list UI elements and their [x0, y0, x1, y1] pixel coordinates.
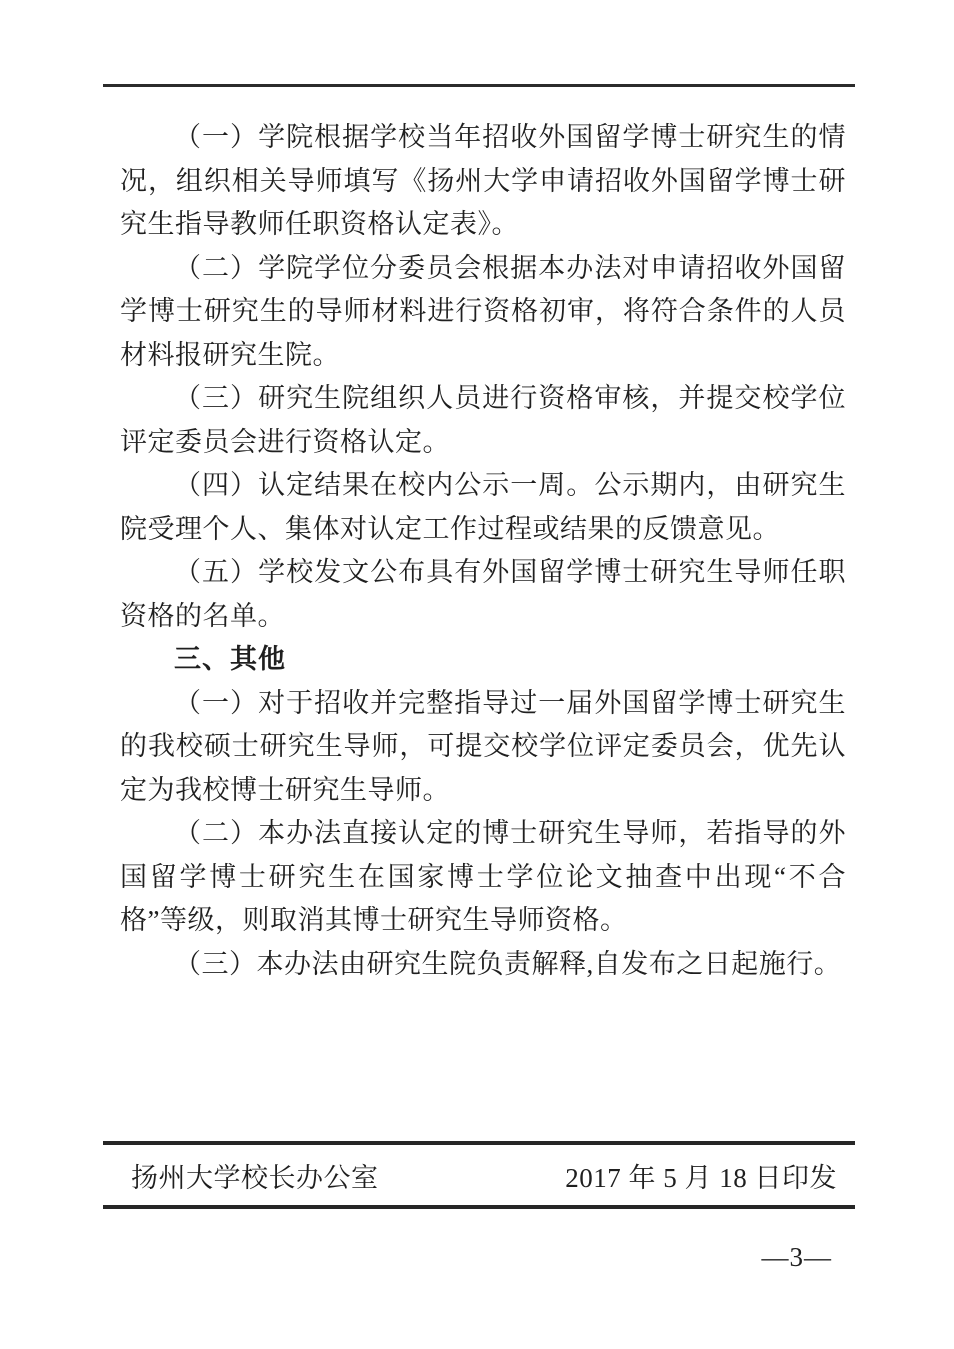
document-page: （一）学院根据学校当年招收外国留学博士研究生的情况，组织相关导师填写《扬州大学申… — [0, 0, 954, 1349]
document-footer: 扬州大学校长办公室 2017 年 5 月 18 日印发 — [103, 1141, 855, 1209]
footer-rule-bottom — [103, 1205, 855, 1209]
page-number: —3— — [762, 1242, 833, 1273]
body-paragraph: （二）学院学位分委员会根据本办法对申请招收外国留学博士研究生的导师材料进行资格初… — [120, 247, 846, 378]
body-paragraph: （三）研究生院组织人员进行资格审核，并提交校学位评定委员会进行资格认定。 — [120, 377, 846, 464]
header-rule — [103, 84, 855, 87]
body-paragraph: （五）学校发文公布具有外国留学博士研究生导师任职资格的名单。 — [120, 551, 846, 638]
document-body: （一）学院根据学校当年招收外国留学博士研究生的情况，组织相关导师填写《扬州大学申… — [120, 116, 846, 986]
footer-print-date: 2017 年 5 月 18 日印发 — [565, 1156, 837, 1195]
footer-issuer: 扬州大学校长办公室 — [131, 1156, 379, 1195]
body-paragraph: （四）认定结果在校内公示一周。公示期内，由研究生院受理个人、集体对认定工作过程或… — [120, 464, 846, 551]
body-paragraph: （三）本办法由研究生院负责解释,自发布之日起施行。 — [120, 943, 846, 987]
body-paragraph: （一）学院根据学校当年招收外国留学博士研究生的情况，组织相关导师填写《扬州大学申… — [120, 116, 846, 247]
section-heading: 三、其他 — [120, 638, 846, 682]
body-paragraph: （一）对于招收并完整指导过一届外国留学博士研究生的我校硕士研究生导师，可提交校学… — [120, 682, 846, 813]
footer-row: 扬州大学校长办公室 2017 年 5 月 18 日印发 — [103, 1145, 855, 1205]
body-paragraph: （二）本办法直接认定的博士研究生导师，若指导的外国留学博士研究生在国家博士学位论… — [120, 812, 846, 943]
